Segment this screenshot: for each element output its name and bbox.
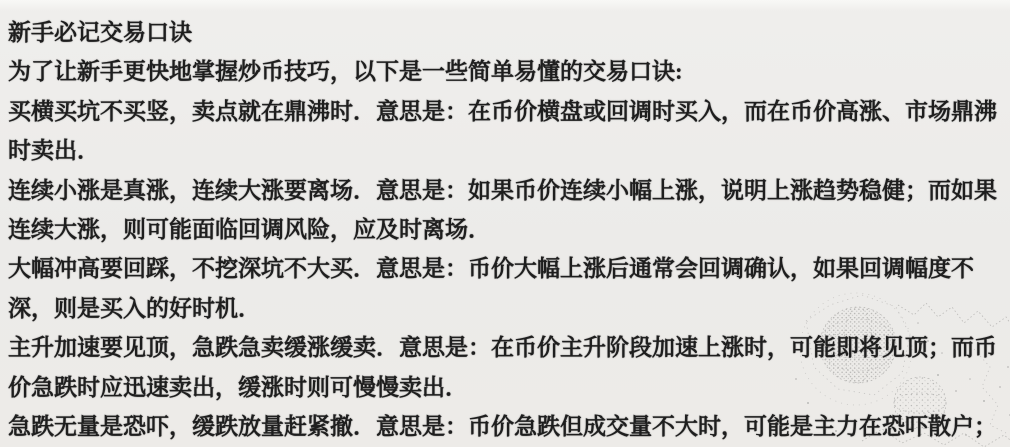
tip-paragraph-4: 主升加速要见顶，急跌急卖缓涨缓卖．意思是：在币价主升阶段加速上涨时，可能即将见顶… bbox=[8, 328, 1000, 407]
page-title: 新手必记交易口诀 bbox=[8, 13, 1000, 52]
tip-paragraph-2: 连续小涨是真涨，连续大涨要离场．意思是：如果币价连续小幅上涨，说明上涨趋势稳健；… bbox=[8, 171, 1000, 250]
document-page: 新手必记交易口诀 为了让新手更快地掌握炒币技巧，以下是一些简单易懂的交易口诀: … bbox=[0, 0, 1010, 447]
article-body: 新手必记交易口诀 为了让新手更快地掌握炒币技巧，以下是一些简单易懂的交易口诀: … bbox=[0, 0, 1010, 446]
tip-paragraph-3: 大幅冲高要回踩，不挖深坑不大买．意思是：币价大幅上涨后通常会回调确认，如果回调幅… bbox=[8, 249, 1000, 328]
intro-text: 为了让新手更快地掌握炒币技巧，以下是一些简单易懂的交易口诀: bbox=[8, 52, 1000, 91]
tip-paragraph-5: 急跌无量是恐吓，缓跌放量赶紧撤．意思是：币价急跌但成交量不大时，可能是主力在恐吓… bbox=[8, 407, 1000, 446]
tip-paragraph-1: 买横买坑不买竖，卖点就在鼎沸时．意思是：在币价横盘或回调时买入，而在币价高涨、市… bbox=[8, 92, 1000, 171]
